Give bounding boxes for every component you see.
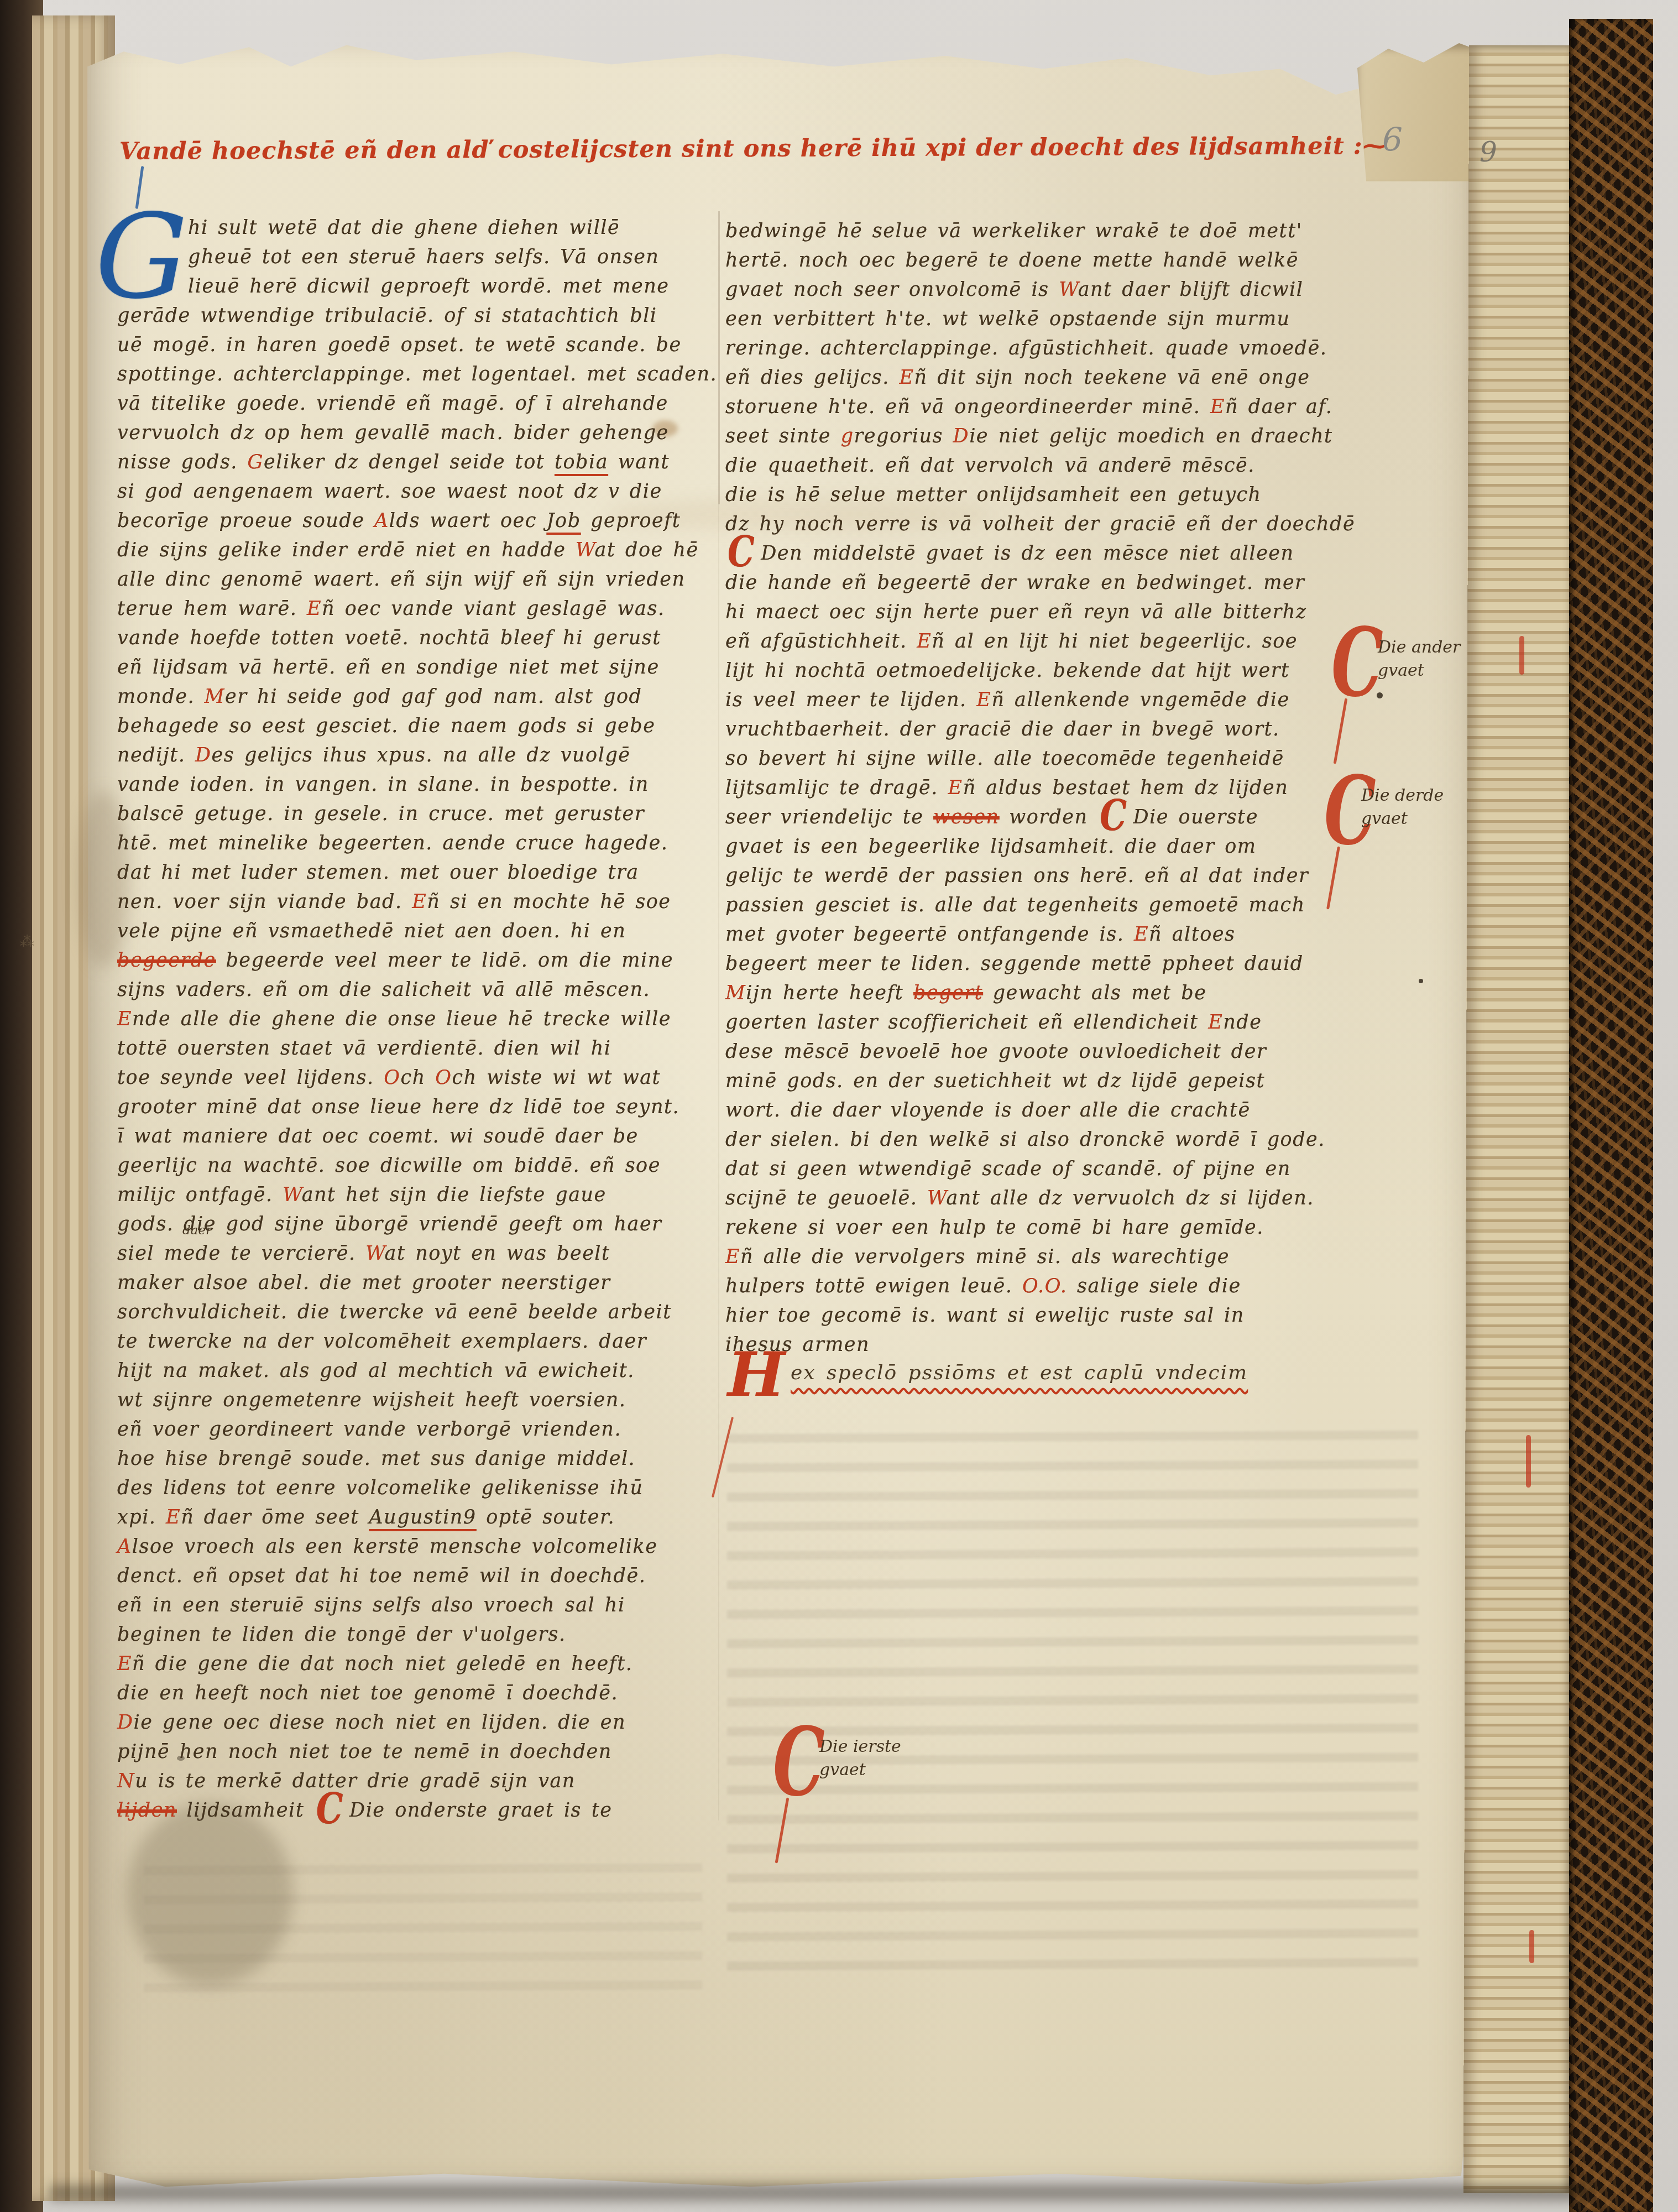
text-line: nisse gods. Geliker dz dengel seide tot … [117, 448, 725, 477]
text-line: so bevert hi sijne wille. alle toecomēde… [725, 744, 1428, 774]
text-line: alle dinc genomē waert. eñ sijn wijf eñ … [117, 565, 725, 594]
text-line: vā titelike goede. vriendē eñ magē. of ī… [117, 389, 725, 419]
text-line: geerlijc na wachtē. soe dicwille om bidd… [117, 1151, 725, 1181]
red-edge-mark [1529, 1930, 1534, 1963]
bleed-through-text [727, 1425, 1418, 1971]
text-line: lieuē herē dicwil geproeft wordē. met me… [117, 272, 725, 301]
text-line: bedwingē hē selue vā werkeliker wrakē te… [725, 217, 1428, 246]
text-line: CDen middelstē gvaet is dz een mēsce nie… [725, 539, 1428, 568]
text-line: sijns vaders. eñ om die salicheit vā all… [117, 975, 725, 1005]
paraph-icon: C [1331, 615, 1383, 710]
text-line: vande ioden. in vangen. in slane. in bes… [117, 770, 725, 800]
text-line: lijtsamlijc te dragē. Eñ aldus bestaet h… [725, 774, 1428, 803]
text-line: begeert meer te liden. seggende mettē pp… [725, 950, 1428, 979]
explicit-initial: H [728, 1339, 785, 1410]
text-line: eñ afgūstichheit. Eñ al en lijt hi niet … [725, 627, 1428, 656]
chapter-heading-rubric: Vandē hoechstē eñ den alď costelijcsten … [119, 132, 1387, 165]
text-line: vande hoefde totten voetē. nochtā bleef … [117, 624, 725, 653]
margin-mark: ⁂ [20, 933, 34, 950]
column-right: bedwingē hē selue vā werkeliker wrakē te… [725, 217, 1428, 1360]
text-line: balscē getuge. in gesele. in cruce. met … [117, 800, 725, 829]
text-line: Nu is te merkē datter drie gradē sijn va… [117, 1767, 725, 1796]
text-line: vervuolch dz op hem gevallē mach. bider … [117, 419, 725, 448]
text-line: Mijn herte heeft begert gewacht als met … [725, 979, 1428, 1008]
text-line: vruchtbaerheit. der graciē die daer in b… [725, 715, 1428, 744]
text-line: eñ voer geordineert vande verborgē vrien… [117, 1415, 725, 1444]
explicit-text: ex speclō pssiōms et est caplū vndecim [791, 1361, 1248, 1384]
marginal-note-line: Die ander [1378, 638, 1460, 657]
marginal-note-line: gvaet [1378, 661, 1424, 680]
text-line: denct. eñ opset dat hi toe nemē wil in d… [117, 1562, 725, 1591]
text-line: Ende alle die ghene die onse lieue hē tr… [117, 1005, 725, 1034]
red-edge-mark [1526, 1435, 1531, 1488]
text-line: te twercke na der volcomēheit exemplaers… [117, 1327, 725, 1357]
text-line: der sielen. bi den welkē si also dronckē… [725, 1125, 1428, 1155]
text-line: wt sijnre ongemetenre wijsheit heeft voe… [117, 1386, 725, 1415]
text-line: nedijt. Des gelijcs ihus xpus. na alle d… [117, 741, 725, 770]
text-line: lijden lijdsamheit CDie onderste graet i… [117, 1796, 725, 1825]
text-line: pijnē hen noch niet toe te nemē in doech… [117, 1738, 725, 1767]
text-line: minē gods. en der suetichheit wt dz lijd… [725, 1067, 1428, 1096]
text-line: reringe. achterclappinge. afgūstichheit.… [725, 334, 1428, 363]
text-line: gheuē tot een steruē haers selfs. Vā ons… [117, 243, 725, 272]
text-line: met gvoter begeertē ontfangende is. Eñ a… [725, 920, 1428, 950]
text-line: die hande eñ begeertē der wrake en bedwi… [725, 568, 1428, 598]
text-line: goerten laster scoffiericheit eñ ellendi… [725, 1008, 1428, 1037]
text-line: scijnē te geuoelē. Want alle dz vervuolc… [725, 1184, 1428, 1213]
marginal-note-line: gvaet [1361, 809, 1408, 828]
under-page-folio-number: 9 [1480, 136, 1497, 168]
explicit-line: Hex speclō pssiōms et est caplū vndecim [728, 1361, 1248, 1384]
manuscript-photo: Vandē hoechstē eñ den alď costelijcsten … [0, 0, 1678, 2212]
text-line: grooter minē dat onse lieue here dz lidē… [117, 1093, 725, 1122]
text-line: maker alsoe abel. die met grooter neerst… [117, 1269, 725, 1298]
text-line: wort. die daer vloyende is doer alle die… [725, 1096, 1428, 1125]
text-line: dat si geen wtwendigē scade of scandē. o… [725, 1155, 1428, 1184]
text-line: eñ dies gelijcs. Eñ dit sijn noch teeken… [725, 363, 1428, 393]
paraph-icon: C [773, 1715, 825, 1809]
text-line: terue hem warē. Eñ oec vande viant gesla… [117, 594, 725, 624]
text-line: xpi. Eñ daer ōme seet Augustin9 optē sou… [117, 1503, 725, 1532]
text-line: becorīge proeue soude Alds waert oec Job… [117, 507, 725, 536]
column-left: hi sult wetē dat die ghene diehen willēg… [117, 213, 725, 1825]
text-line: hier toe gecomē is. want si ewelijc rust… [725, 1301, 1428, 1331]
text-line: siel mede te vercierē. Wat noyt en was b… [117, 1239, 725, 1269]
text-line: spottinge. achterclappinge. met logentae… [117, 360, 725, 389]
leather-binding-edge [1569, 19, 1653, 2212]
text-line: is veel meer te lijden. Eñ allenkende vn… [725, 686, 1428, 715]
text-line: tottē ouersten staet vā verdientē. dien … [117, 1034, 725, 1063]
text-line: des lidens tot eenre volcomelike geliken… [117, 1474, 725, 1503]
text-line: toe seynde veel lijdens. Och Och wiste w… [117, 1063, 725, 1093]
text-line: Eñ die gene die dat noch niet geledē en … [117, 1650, 725, 1679]
text-line: sorchvuldicheit. die twercke vā eenē bee… [117, 1298, 725, 1327]
text-line: milijc ontfagē. Want het sijn die liefst… [117, 1181, 725, 1210]
text-line: behagede so eest gesciet. die naem gods … [117, 712, 725, 741]
text-line: ihesus armen [725, 1331, 1428, 1360]
text-line: rekene si voer een hulp te comē bi hare … [725, 1213, 1428, 1243]
interlinear-addition: daer [182, 1223, 212, 1238]
text-line: seer vriendelijc te wesen worden CDie ou… [725, 803, 1428, 832]
text-line: gerāde wtwendige tribulaciē. of si stata… [117, 301, 725, 331]
text-line: nen. voer sijn viande bad. Eñ si en moch… [117, 888, 725, 917]
text-line: gvaet noch seer onvolcomē is Want daer b… [725, 275, 1428, 305]
text-line: die en heeft noch niet toe genomē ī doec… [117, 1679, 725, 1708]
bleed-through-text [144, 1856, 702, 1992]
text-line: hulpers tottē ewigen leuē. O.O. salige s… [725, 1272, 1428, 1301]
marginal-note-line: Die derde [1361, 786, 1444, 805]
text-line: een verbittert h'te. wt welkē opstaende … [725, 305, 1428, 334]
marginal-note-first-grade: Die ierste gvaet [819, 1735, 901, 1782]
text-line: lijt hi nochtā oetmoedelijcke. bekende d… [725, 656, 1428, 686]
text-line: hijt na maket. als god al mechtich vā ew… [117, 1357, 725, 1386]
text-line: die quaetheit. eñ dat vervolch vā anderē… [725, 451, 1428, 481]
text-line: gelijc te werdē der passien ons herē. eñ… [725, 862, 1428, 891]
text-line: vele pijne eñ vsmaethedē niet aen doen. … [117, 917, 725, 946]
text-line: storuene h'te. eñ vā ongeordineerder min… [725, 393, 1428, 422]
text-line: Die gene oec diese noch niet en lijden. … [117, 1708, 725, 1738]
text-line: gvaet is een begeerlike lijdsamheit. die… [725, 832, 1428, 862]
text-line: seet sinte gregorius Die niet gelijc moe… [725, 422, 1428, 451]
text-line: hi maect oec sijn herte puer eñ reyn vā … [725, 598, 1428, 627]
marginal-note-third-grade: Die derde gvaet [1361, 784, 1444, 831]
text-line: Alsoe vroech als een kerstē mensche volc… [117, 1532, 725, 1562]
text-line: Eñ alle die vervolgers minē si. als ware… [725, 1243, 1428, 1272]
text-line: uē mogē. in haren goedē opset. te wetē s… [117, 331, 725, 360]
text-line: dese mēscē bevoelē hoe gvoote ouvloedich… [725, 1037, 1428, 1067]
text-line: hi sult wetē dat die ghene diehen willē [117, 213, 725, 243]
text-line: si god aengenaem waert. soe waest noot d… [117, 477, 725, 507]
folio-number: 6 [1382, 121, 1403, 158]
text-line: eñ lijdsam vā hertē. eñ en sondige niet … [117, 653, 725, 682]
text-line: hertē. noch oec begerē te doene mette ha… [725, 246, 1428, 275]
marginal-note-second-grade: Die ander gvaet [1378, 636, 1460, 682]
book-shadow [50, 2184, 1592, 2201]
text-line: eñ in een steruiē sijns selfs also vroec… [117, 1591, 725, 1620]
text-line: hoe hise brengē soude. met sus danige mi… [117, 1444, 725, 1474]
text-line: die sijns gelike inder erdē niet en hadd… [117, 536, 725, 565]
text-line: passien gesciet is. alle dat tegenheits … [725, 891, 1428, 920]
text-line: beginen te liden die tongē der v'uolgers… [117, 1620, 725, 1650]
text-line: die is hē selue metter onlijdsamheit een… [725, 481, 1428, 510]
marginal-note-line: gvaet [819, 1760, 866, 1780]
text-line: begeerde begeerde veel meer te lidē. om … [117, 946, 725, 975]
text-line: ī wat maniere dat oec coemt. wi soudē da… [117, 1122, 725, 1151]
red-edge-mark [1519, 636, 1524, 675]
text-line: dat hi met luder stemen. met ouer bloedi… [117, 858, 725, 888]
text-line: dz hy noch verre is vā volheit der graci… [725, 510, 1428, 539]
right-page-stack-fore-edge [1463, 45, 1577, 2194]
text-line: htē. met minelike begeerten. aende cruce… [117, 829, 725, 858]
marginal-note-line: Die ierste [819, 1737, 901, 1756]
text-line: monde. Mer hi seide god gaf god nam. als… [117, 682, 725, 712]
